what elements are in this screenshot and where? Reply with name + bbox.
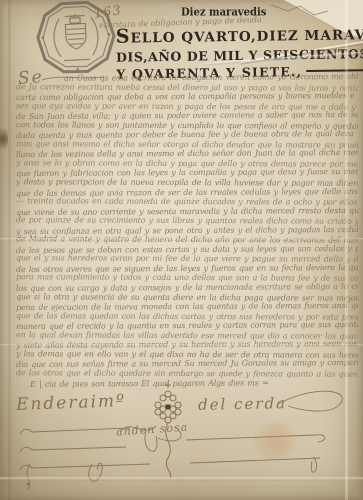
paper-stain (252, 422, 298, 460)
notarial-cross-icon (155, 382, 181, 478)
manuscript-body: an Cuos qs esta escritura de obligacion … (16, 73, 358, 388)
edge-ink-blot (0, 125, 8, 153)
manuscript-page: 163 Diez maravedis escritura de obligaci… (0, 0, 363, 500)
notarial-sign-and-flourishes (0, 380, 363, 500)
seal-header-line-2: DIS,AÑO DE MIL Y SEISCIENTOS (116, 46, 358, 64)
seal-header-line-1: SELLO QVARTO,DIEZ MARAVE- (116, 22, 358, 47)
